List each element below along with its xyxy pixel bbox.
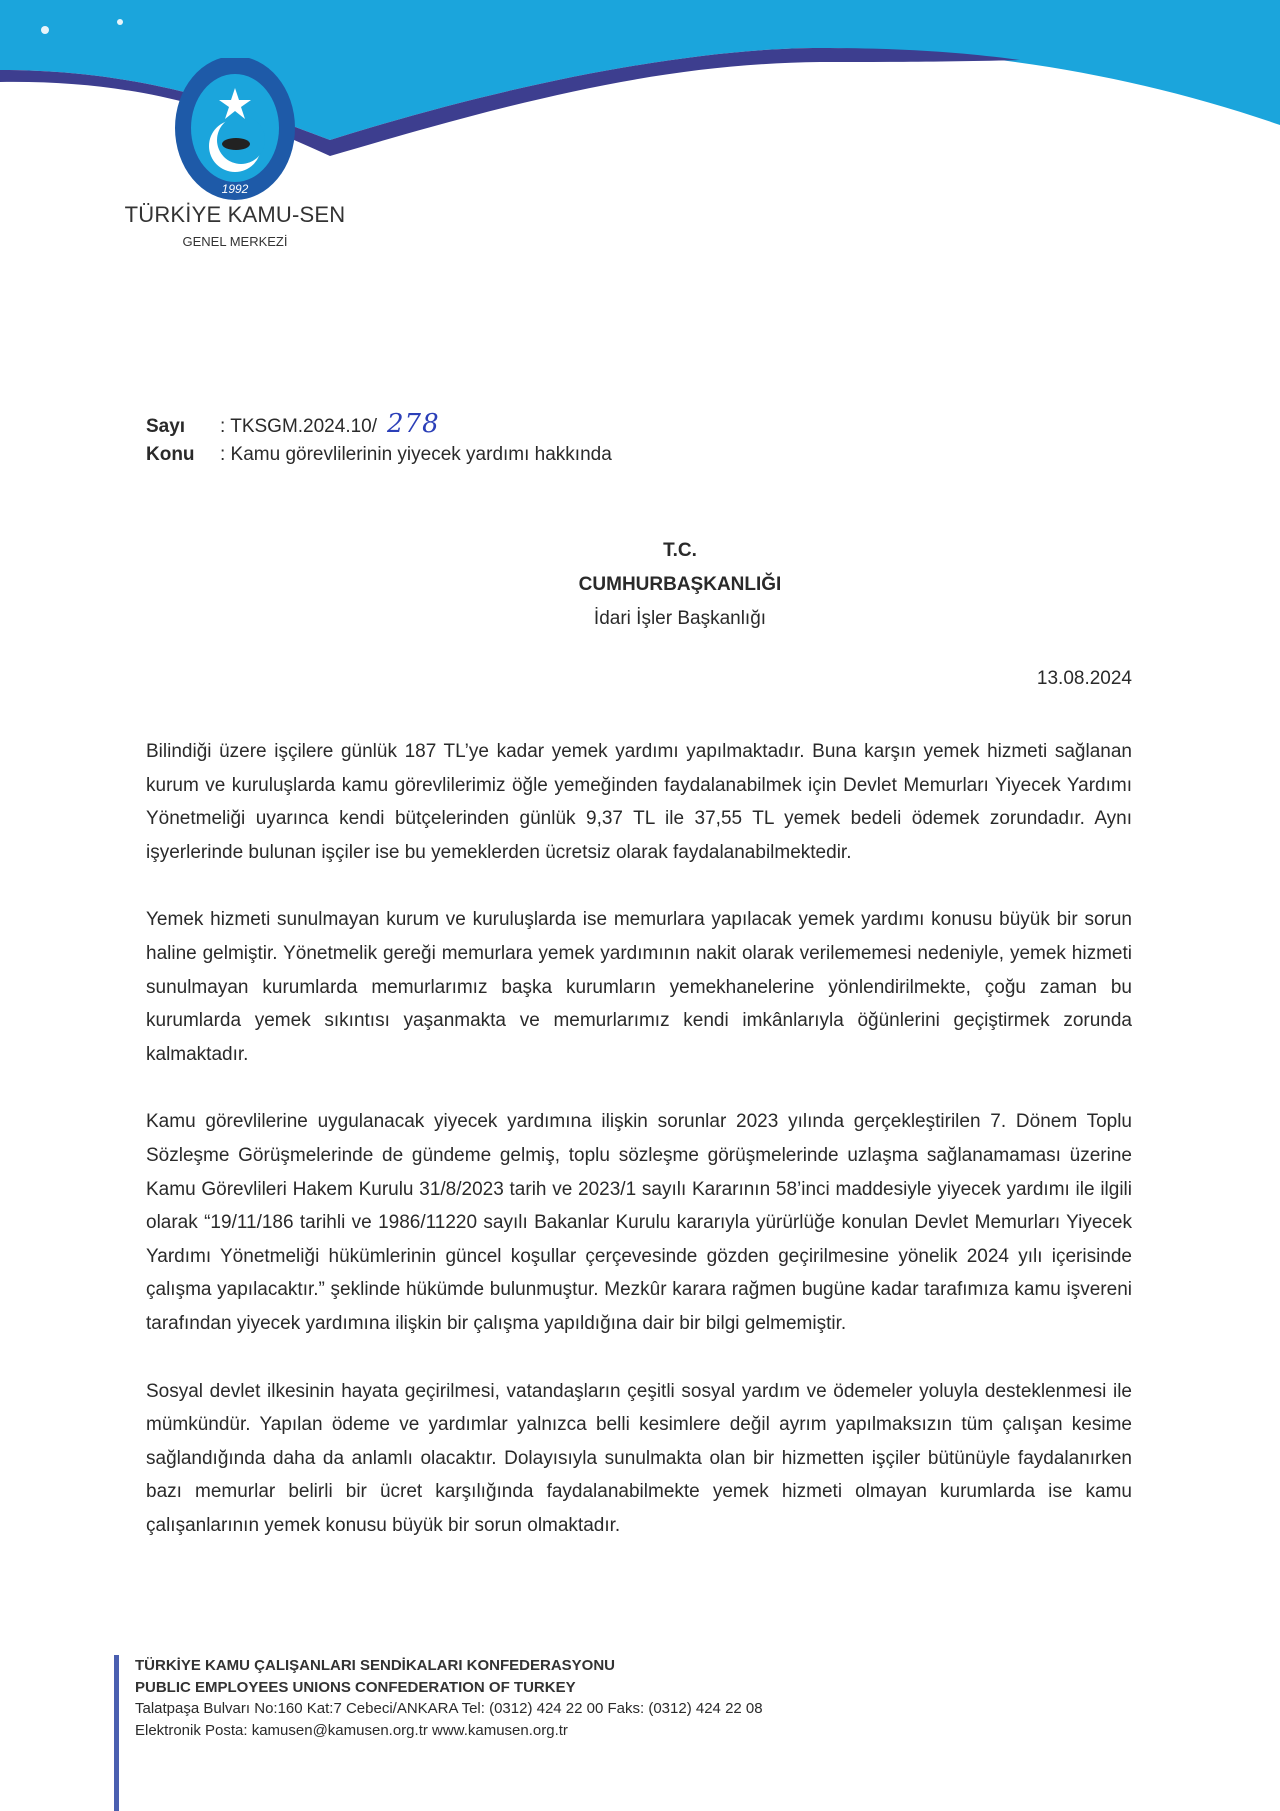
body-paragraph: Sosyal devlet ilkesinin hayata geçirilme… [146, 1375, 1132, 1543]
addressee-block: T.C. CUMHURBAŞKANLIĞI İdari İşler Başkan… [500, 534, 860, 636]
sayi-handwritten-number: 278 [387, 410, 440, 438]
konu-value: : Kamu görevlilerinin yiyecek yardımı ha… [220, 441, 612, 469]
addressee-line-1: T.C. [500, 534, 860, 568]
footer-org-en: PUBLIC EMPLOYEES UNIONS CONFEDERATION OF… [135, 1677, 763, 1699]
star-crescent-logo-icon: 1992 [170, 58, 300, 208]
org-subtitle: GENEL MERKEZİ [120, 234, 350, 249]
konu-label: Konu [146, 441, 220, 469]
letter-footer: TÜRKİYE KAMU ÇALIŞANLARI SENDİKALARI KON… [114, 1655, 763, 1811]
addressee-line-3: İdari İşler Başkanlığı [500, 602, 860, 636]
body-paragraph: Bilindiği üzere işçilere günlük 187 TL’y… [146, 735, 1132, 869]
sayi-row: Sayı : TKSGM.2024.10/ 278 [146, 410, 612, 441]
body-paragraph: Yemek hizmeti sunulmayan kurum ve kurulu… [146, 903, 1132, 1071]
document-meta: Sayı : TKSGM.2024.10/ 278 Konu : Kamu gö… [146, 410, 612, 469]
footer-address: Talatpaşa Bulvarı No:160 Kat:7 Cebeci/AN… [135, 1698, 763, 1720]
addressee-line-2: CUMHURBAŞKANLIĞI [500, 568, 860, 602]
konu-row: Konu : Kamu görevlilerinin yiyecek yardı… [146, 441, 612, 469]
org-name: TÜRKİYE KAMU-SEN [120, 202, 350, 228]
sayi-label: Sayı [146, 413, 220, 441]
svg-text:1992: 1992 [222, 182, 249, 196]
footer-org-tr: TÜRKİYE KAMU ÇALIŞANLARI SENDİKALARI KON… [135, 1655, 763, 1677]
letter-body: Bilindiği üzere işçilere günlük 187 TL’y… [146, 735, 1132, 1576]
footer-contact: Elektronik Posta: kamusen@kamusen.org.tr… [135, 1720, 763, 1742]
letter-date: 13.08.2024 [1037, 668, 1132, 690]
body-paragraph: Kamu görevlilerine uygulanacak yiyecek y… [146, 1105, 1132, 1340]
sayi-value: : TKSGM.2024.10/ [220, 413, 377, 441]
